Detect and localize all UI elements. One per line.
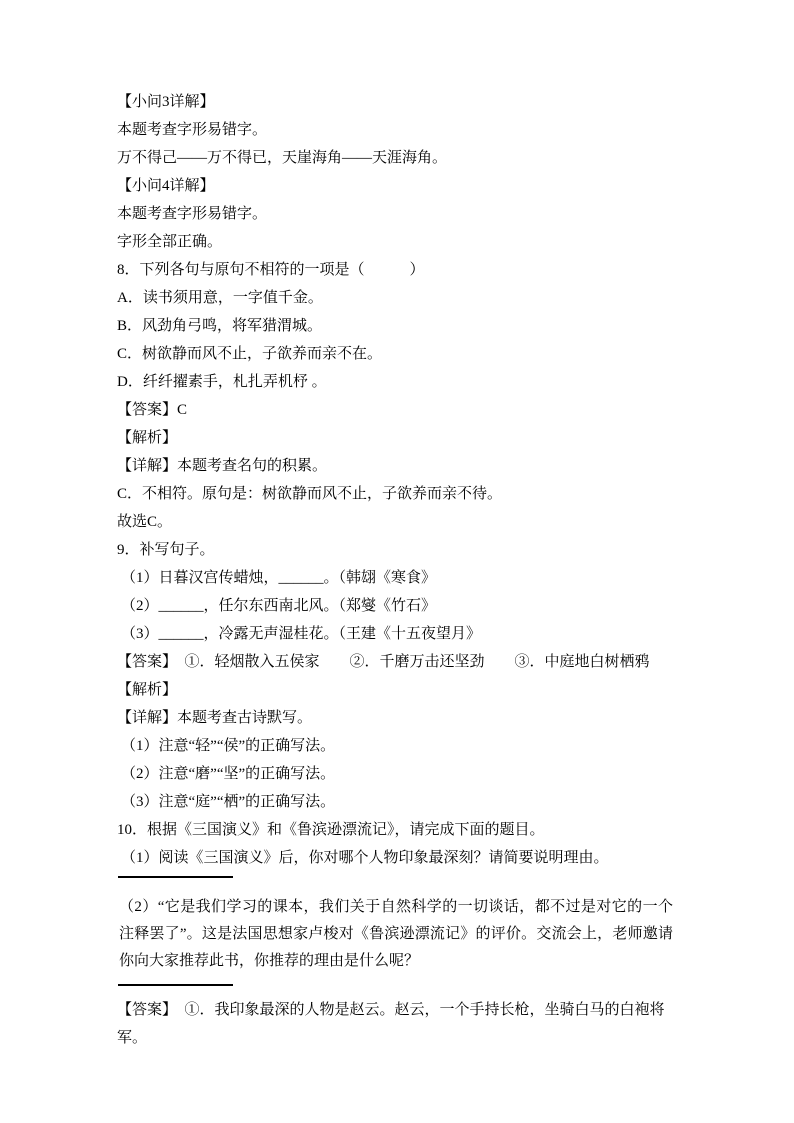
- question-9-detail: 【详解】本题考查古诗默写。: [117, 704, 673, 732]
- answer-blank-line: [118, 984, 233, 986]
- question-9-note-2: （2）注意“磨”“坚”的正确写法。: [117, 760, 673, 788]
- question-9-item-1: （1）日暮汉宫传蜡烛，______。（韩翃《寒食》: [117, 564, 673, 592]
- question-9-note-1: （1）注意“轻”“侯”的正确写法。: [117, 732, 673, 760]
- question-10-stem: 10．根据《三国演义》和《鲁滨逊漂流记》，请完成下面的题目。: [117, 816, 673, 844]
- question-9-item-2: （2）______，任尔东西南北风。（郑燮《竹石》: [117, 592, 673, 620]
- question-8-conclusion: 故选C。: [117, 508, 673, 536]
- question-8-detail-option-c: C．不相符。原句是：树欲静而风不止，子欲养而亲不待。: [117, 480, 673, 508]
- detail-text-sub3-2: 万不得己——万不得已，天崖海角——天涯海角。: [117, 144, 673, 172]
- question-8-option-a: A．读书须用意，一字值千金。: [117, 284, 673, 312]
- question-10-answer: 【答案】 ①．我印象最深的人物是赵云。赵云，一个手持长枪，坐骑白马的白袍将军。: [117, 996, 673, 1052]
- question-9-item-3: （3）______，冷露无声湿桂花。（王建《十五夜望月》: [117, 620, 673, 648]
- question-8-stem: 8．下列各句与原句不相符的一项是（ ）: [117, 256, 673, 284]
- detail-text-sub4-1: 本题考查字形易错字。: [117, 200, 673, 228]
- question-9-stem: 9．补写句子。: [117, 536, 673, 564]
- document-page: 【小问3详解】 本题考查字形易错字。 万不得己——万不得已，天崖海角——天涯海角…: [0, 0, 794, 1123]
- question-8-detail: 【详解】本题考查名句的积累。: [117, 452, 673, 480]
- question-8-option-d: D．纤纤擢素手，札扎弄机杼 。: [117, 368, 673, 396]
- question-9-answer: 【答案】 ①．轻烟散入五侯家 ②．千磨万击还坚劲 ③．中庭地白树栖鸦: [117, 648, 673, 676]
- detail-header-sub3: 【小问3详解】: [117, 88, 673, 116]
- question-9-note-3: （3）注意“庭”“栖”的正确写法。: [117, 788, 673, 816]
- answer-blank-line: [118, 876, 233, 878]
- detail-text-sub4-2: 字形全部正确。: [117, 228, 673, 256]
- question-8-option-c: C．树欲静而风不止，子欲养而亲不在。: [117, 340, 673, 368]
- question-9-analysis-header: 【解析】: [117, 676, 673, 704]
- question-8-answer: 【答案】C: [117, 396, 673, 424]
- question-10-part2: （2）“它是我们学习的课本，我们关于自然科学的一切谈话，都不过是对它的一个注释罢…: [117, 894, 673, 975]
- question-8-option-b: B．风劲角弓鸣，将军猎渭城。: [117, 312, 673, 340]
- detail-text-sub3-1: 本题考查字形易错字。: [117, 116, 673, 144]
- question-8-analysis-header: 【解析】: [117, 424, 673, 452]
- question-10-part1: （1）阅读《三国演义》后，你对哪个人物印象最深刻？请简要说明理由。: [117, 844, 673, 872]
- detail-header-sub4: 【小问4详解】: [117, 172, 673, 200]
